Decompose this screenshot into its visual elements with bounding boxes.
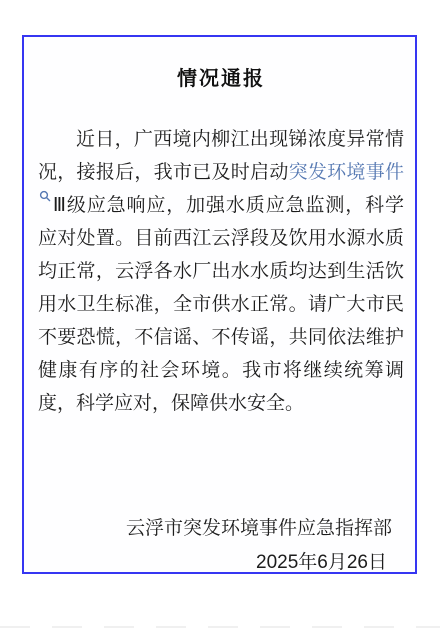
paragraph-text-after-link: Ⅲ级应急响应，加强水质应急监测，科学应对处置。目前西江云浮段及饮用水源水质均正常… [38, 195, 404, 414]
notice-box: 情况通报 近日，广西境内柳江出现锑浓度异常情况，接报后，我市已及时启动突发环境事… [22, 35, 417, 574]
search-icon[interactable] [39, 190, 51, 202]
signature-date: 2025年6月26日 [38, 546, 404, 580]
signature-issuer: 云浮市突发环境事件应急指挥部 [38, 512, 404, 546]
signature-block: 云浮市突发环境事件应急指挥部 2025年6月26日 [38, 512, 404, 580]
notice-title: 情况通报 [38, 65, 404, 93]
notice-paragraph: 近日，广西境内柳江出现锑浓度异常情况，接报后，我市已及时启动突发环境事件 Ⅲ级应… [38, 123, 404, 420]
keyword-link-emergency-event[interactable]: 突发环境事件 [289, 162, 404, 183]
